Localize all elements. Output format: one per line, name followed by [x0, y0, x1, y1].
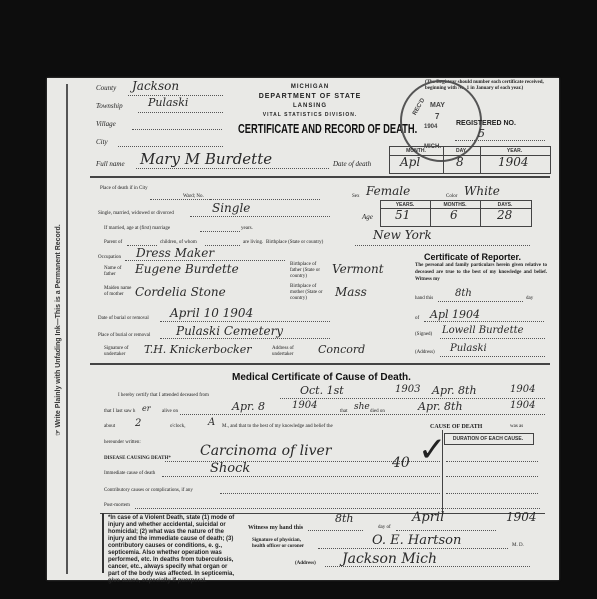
reporter-signed-value: Lowell Burdette [442, 325, 524, 336]
attended-from-value: Oct. 1st [300, 384, 344, 397]
sex-value: Female [366, 184, 410, 198]
alive-on-label: alive on [162, 409, 178, 414]
full-name-value: Mary M Burdette [140, 150, 272, 168]
contributory-line [220, 493, 440, 494]
reporter-address-label: (Address) [415, 350, 435, 355]
city-line [118, 146, 223, 147]
village-line [132, 129, 222, 130]
marital-status-value: Single [212, 201, 250, 215]
reporter-day-label: day [526, 296, 533, 301]
disease-duration-line [446, 461, 538, 462]
violent-death-note: *In case of a Violent Death, state (1) m… [108, 515, 238, 585]
medical-divider [100, 513, 545, 514]
physician-signature-value: O. E. Hartson [372, 533, 461, 548]
witness-day-value: 8th [335, 512, 354, 525]
reporter-hand-label: hand this [415, 296, 433, 301]
marital-status-label: Single, married, widowed or divorced [98, 211, 174, 216]
occupation-value: Dress Maker [136, 246, 214, 260]
married-age-line [200, 231, 240, 232]
ward-label: Ward; No. [183, 194, 204, 199]
registered-no-line [455, 140, 545, 141]
married-age-label: If married, age at (first) marriage [104, 226, 170, 231]
margin-instruction: ☞ Write Plainly with Unfading Ink—This i… [54, 224, 62, 436]
reporter-hand-day: 8th [455, 288, 472, 299]
note-side-rule [102, 513, 104, 573]
witness-month-value: April [412, 510, 444, 525]
meridian-value: A [208, 417, 215, 428]
father-birthplace-value: Vermont [332, 262, 384, 276]
mother-name-label: Maiden name of mother [104, 286, 132, 298]
date-of-death-label: Date of death [333, 160, 371, 168]
registered-no-label: REGISTERED NO. [456, 120, 516, 127]
burial-date-value: April 10 1904 [170, 306, 253, 320]
county-label: County [96, 84, 116, 92]
margin-rule [66, 84, 68, 574]
immediate-cause-value: Shock [210, 461, 250, 476]
burial-place-label: Place of burial or removal [98, 333, 150, 338]
sex-label: Sex [352, 194, 360, 199]
father-name-value: Eugene Burdette [135, 262, 239, 276]
death-day-value: 8 [456, 155, 464, 169]
attended-label: I hereby certify that I attended decease… [118, 393, 209, 398]
witness-month-line [396, 530, 496, 531]
immediate-cause-line [162, 476, 440, 477]
burial-place-value: Pulaski Cemetery [176, 324, 283, 338]
alive-died-line [180, 414, 545, 415]
city-label: City [96, 138, 108, 146]
immediate-cause-label: Immediate cause of death [104, 471, 155, 476]
burial-date-line [160, 321, 330, 322]
died-on-value: Apr. 8th [418, 400, 463, 413]
year-header: YEAR. [480, 148, 549, 154]
children-label: children, of whom [160, 240, 197, 245]
stamp-top-text: REC'D [412, 98, 426, 117]
section-divider-top [90, 176, 550, 178]
reporter-of-value: Apl 1904 [430, 308, 480, 321]
attended-to-year: 1904 [510, 384, 535, 395]
stamp-month: MAY [430, 102, 445, 109]
contributory-label: Contributory causes or complications, if… [104, 488, 193, 493]
age-days-value: 28 [497, 208, 512, 222]
duration-header: DURATION OF EACH CAUSE. [444, 436, 532, 442]
undertaker-signature-label: Signature of undertaker [104, 346, 144, 358]
physician-signature-label: Signature of physician, health officer o… [252, 538, 310, 550]
age-months-value: 6 [450, 208, 458, 222]
undertaker-address-label: Address of undertaker [272, 346, 306, 358]
county-value: Jackson [132, 79, 179, 93]
father-name-label: Name of father [104, 266, 132, 278]
place-of-death-label: Place of death if in City [100, 186, 150, 192]
death-month-value: Apl [400, 155, 420, 169]
burial-place-line [160, 338, 330, 339]
parent-of-label: Parent of [104, 240, 122, 245]
about-value: 2 [135, 418, 141, 429]
last-saw-suffix: er [142, 404, 151, 413]
month-header: MONTH. [389, 148, 443, 154]
checkmark-icon: ✓ [418, 430, 447, 470]
attended-from-year: 1903 [395, 384, 420, 395]
postmortem-label: Post-mortem [104, 503, 130, 508]
disease-label: DISEASE CAUSING DEATH* [104, 456, 171, 461]
mother-birthplace-label: Birthplace of mother (State or country) [290, 284, 328, 302]
postmortem-line [135, 508, 540, 509]
death-year-value: 1904 [498, 155, 529, 169]
day-header: DAY. [443, 148, 480, 154]
died-on-year: 1904 [510, 400, 535, 411]
physician-address-value: Jackson Mich [342, 551, 437, 567]
age-label: Age [362, 213, 373, 221]
occupation-line [125, 260, 285, 261]
certificate-title: CERTIFICATE AND RECORD OF DEATH. [238, 121, 417, 136]
full-name-label: Full name [96, 160, 125, 168]
physician-address-label: (Address) [295, 561, 316, 566]
header-city: LANSING [235, 103, 385, 109]
md-label: M. D. [512, 543, 524, 548]
color-value: White [464, 184, 500, 198]
header-department: DEPARTMENT OF STATE [235, 93, 385, 100]
registered-no-value: 5 [478, 127, 485, 140]
township-label: Township [96, 102, 123, 110]
occupation-label: Occupation [98, 255, 121, 260]
mother-birthplace-value: Mass [335, 285, 367, 299]
birthplace-value: New York [373, 228, 432, 242]
witness-label: Witness my hand this [248, 525, 303, 531]
hereunder-label: hereunder written: [104, 440, 141, 445]
reporter-hand-line [438, 301, 523, 302]
living-label: are living. [243, 240, 263, 245]
day-of-label: day of [378, 525, 391, 530]
birthplace-label: Birthplace (State or country) [266, 240, 323, 245]
full-name-line [136, 168, 329, 169]
oclock-label: o'clock, [170, 424, 185, 429]
mother-name-value: Cordelia Stone [135, 285, 226, 299]
physician-address-line [325, 566, 530, 567]
stamp-day: 7 [435, 112, 439, 121]
age-years-value: 51 [395, 208, 410, 222]
alive-on-value: Apr. 8 [232, 400, 265, 413]
medical-certificate-title: Medical Certificate of Cause of Death. [232, 372, 411, 383]
undertaker-signature-value: T.H. Knickerbocker [144, 343, 251, 356]
was-as-label: was as [510, 424, 523, 429]
died-pronoun: she [354, 402, 370, 412]
disease-value: Carcinoma of liver [200, 443, 332, 459]
alive-on-year: 1904 [292, 400, 317, 411]
village-label: Village [96, 120, 116, 128]
contributory-duration-line [446, 493, 538, 494]
header-division: VITAL STATISTICS DIVISION. [235, 112, 385, 118]
township-line [138, 112, 223, 113]
reporter-address-line [440, 356, 545, 357]
stamp-year: 1904 [424, 124, 437, 130]
color-label: Color [446, 194, 457, 199]
undertaker-address-value: Concord [318, 343, 365, 356]
immediate-duration-line [446, 476, 538, 477]
last-saw-label: that I last saw h [104, 409, 135, 414]
married-age-unit: years. [241, 226, 253, 231]
attended-to-value: Apr. 8th [432, 384, 477, 397]
father-birthplace-label: Birthplace of father (State or country) [290, 262, 328, 280]
marital-status-line [190, 216, 330, 217]
ward-line [210, 199, 320, 200]
reporter-of-label: of [415, 316, 419, 321]
physician-signature-line [318, 548, 508, 549]
reporter-signed-line [440, 338, 545, 339]
about-label: about [104, 424, 115, 429]
section-divider-medical [90, 363, 550, 365]
best-of-knowledge-label: M., and that to the best of my knowledge… [222, 424, 333, 429]
reporter-of-line [424, 321, 544, 322]
reporter-signed-label: (Signed) [415, 332, 432, 337]
reporter-address-value: Pulaski [450, 343, 487, 354]
birthplace-line [355, 245, 530, 246]
attended-line [280, 398, 545, 399]
header-state: MICHIGAN [235, 84, 385, 90]
reporter-certificate-title: Certificate of Reporter. [424, 252, 521, 262]
witness-day-line [308, 530, 363, 531]
reporter-body: The personal and family particulars here… [415, 262, 547, 283]
margin-mark: 40 [392, 455, 410, 471]
burial-date-label: Date of burial or removal [98, 316, 149, 321]
township-value: Pulaski [148, 96, 188, 109]
witness-year-value: 1904 [506, 510, 537, 524]
